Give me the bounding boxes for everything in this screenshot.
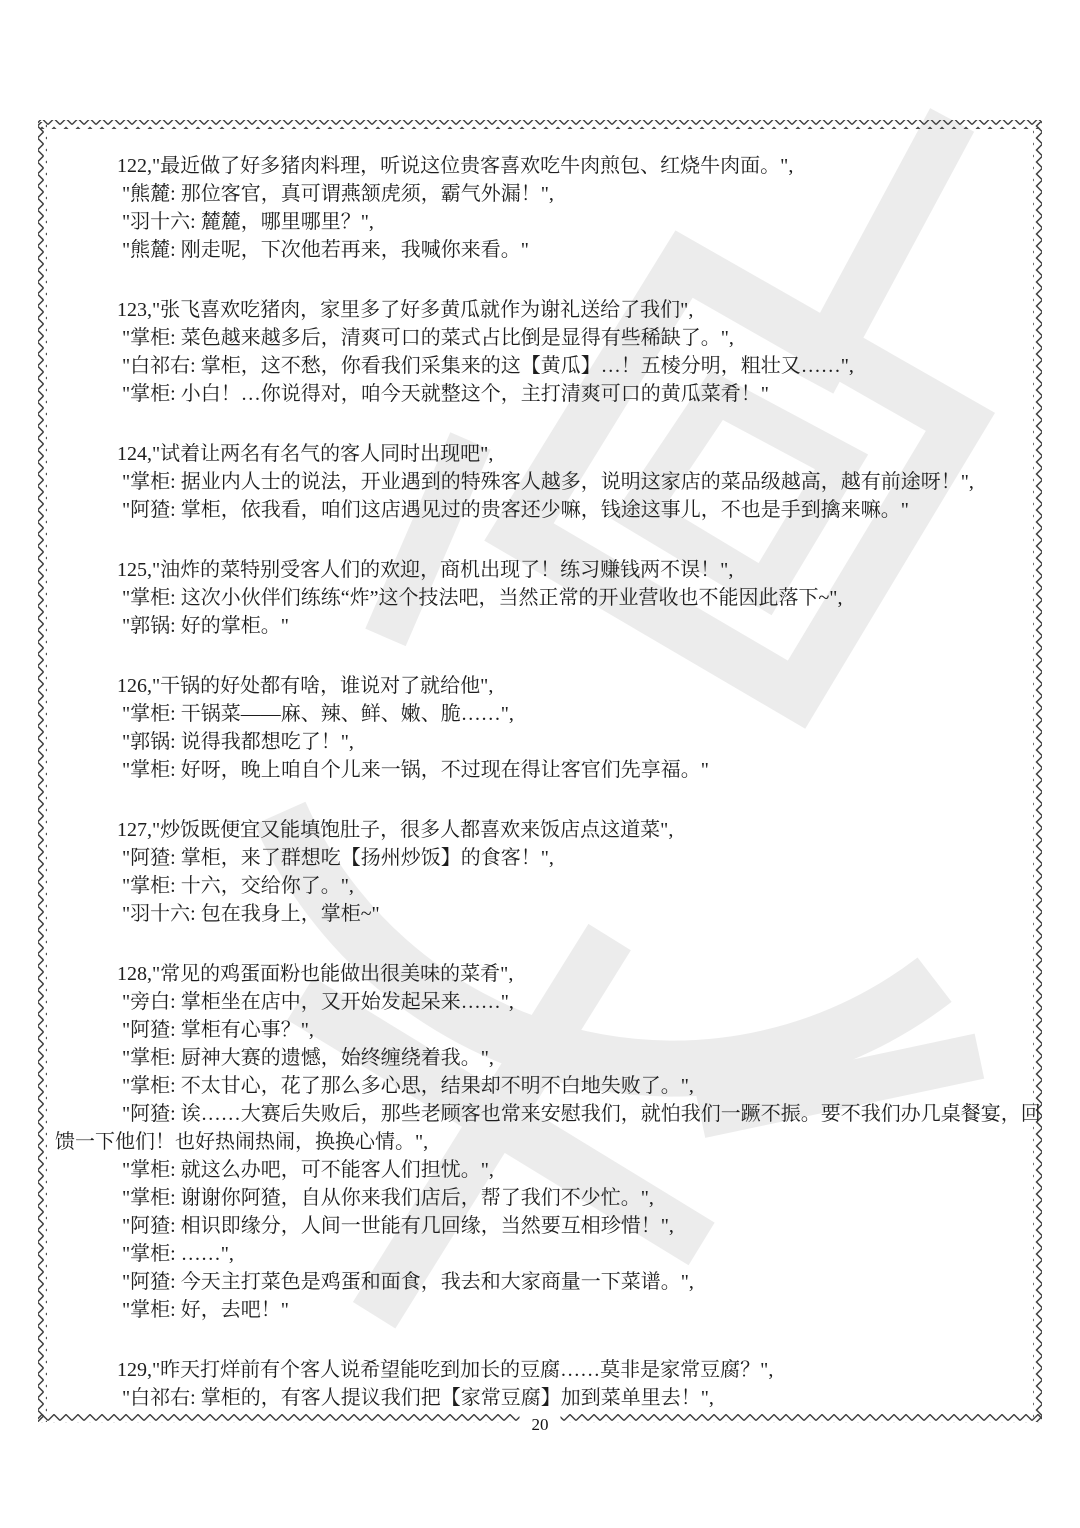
script-line: "阿猹: 掌柜有心事？", bbox=[55, 1016, 1045, 1044]
script-line: "掌柜: 好呀，晚上咱自个儿来一锅，不过现在得让客官们先享福。" bbox=[55, 756, 1045, 784]
script-line: "阿猹: 诶……大赛后失败后，那些老顾客也常来安慰我们，就怕我们一蹶不振。要不我… bbox=[55, 1100, 1045, 1156]
page-number: 20 bbox=[520, 1412, 561, 1438]
script-line: "掌柜: 干锅菜——麻、辣、鲜、嫩、脆……", bbox=[55, 700, 1045, 728]
script-line: "掌柜: 据业内人士的说法，开业遇到的特殊客人越多，说明这家店的菜品级越高，越有… bbox=[55, 468, 1045, 496]
script-line: "郭锅: 说得我都想吃了！", bbox=[55, 728, 1045, 756]
script-line: "阿猹: 相识即缘分，人间一世能有几回缘，当然要互相珍惜！", bbox=[55, 1212, 1045, 1240]
script-line: "白祁右: 掌柜的，有客人提议我们把【家常豆腐】加到菜单里去！", bbox=[55, 1384, 1045, 1412]
script-line: 123,"张飞喜欢吃猪肉，家里多了好多黄瓜就作为谢礼送给了我们", bbox=[55, 296, 1045, 324]
script-line: 127,"炒饭既便宜又能填饱肚子，很多人都喜欢来饭店点这道菜", bbox=[55, 816, 1045, 844]
script-line: "掌柜: 不太甘心，花了那么多心思，结果却不明不白地失败了。", bbox=[55, 1072, 1045, 1100]
script-line: 125,"油炸的菜特别受客人们的欢迎，商机出现了！练习赚钱两不误！", bbox=[55, 556, 1045, 584]
dialogue-block-125: 125,"油炸的菜特别受客人们的欢迎，商机出现了！练习赚钱两不误！", "掌柜:… bbox=[55, 556, 1045, 640]
dialogue-block-128: 128,"常见的鸡蛋面粉也能做出很美味的菜肴", "旁白: 掌柜坐在店中，又开始… bbox=[55, 960, 1045, 1324]
script-line: "阿猹: 掌柜，来了群想吃【扬州炒饭】的食客！", bbox=[55, 844, 1045, 872]
dialogue-block-123: 123,"张飞喜欢吃猪肉，家里多了好多黄瓜就作为谢礼送给了我们", "掌柜: 菜… bbox=[55, 296, 1045, 408]
script-line: "掌柜: 这次小伙伴们练练“炸”这个技法吧，当然正常的开业营收也不能因此落下~"… bbox=[55, 584, 1045, 612]
dialogue-block-129: 129,"昨天打烊前有个客人说希望能吃到加长的豆腐……莫非是家常豆腐？", "白… bbox=[55, 1356, 1045, 1412]
script-line: "羽十六: 麓麓，哪里哪里？", bbox=[55, 208, 1045, 236]
script-line: "掌柜: 就这么办吧，可不能客人们担忧。", bbox=[55, 1156, 1045, 1184]
script-line: "白祁右: 掌柜，这不愁，你看我们采集来的这【黄瓜】…！五棱分明，粗壮又……", bbox=[55, 352, 1045, 380]
dialogue-block-124: 124,"试着让两名有名气的客人同时出现吧", "掌柜: 据业内人士的说法，开业… bbox=[55, 440, 1045, 524]
dialogue-block-126: 126,"干锅的好处都有啥，谁说对了就给他", "掌柜: 干锅菜——麻、辣、鲜、… bbox=[55, 672, 1045, 784]
script-line: "掌柜: 厨神大赛的遗憾，始终缠绕着我。", bbox=[55, 1044, 1045, 1072]
script-line: "阿猹: 掌柜，依我看，咱们这店遇见过的贵客还少嘛，钱途这事儿，不也是手到擒来嘛… bbox=[55, 496, 1045, 524]
script-line: "掌柜: 谢谢你阿猹，自从你来我们店后，帮了我们不少忙。", bbox=[55, 1184, 1045, 1212]
script-line: 124,"试着让两名有名气的客人同时出现吧", bbox=[55, 440, 1045, 468]
script-content: 122,"最近做了好多猪肉料理，听说这位贵客喜欢吃牛肉煎包、红烧牛肉面。", "… bbox=[55, 152, 1045, 1444]
script-line: "掌柜: ……", bbox=[55, 1240, 1045, 1268]
script-line: "掌柜: 十六，交给你了。", bbox=[55, 872, 1045, 900]
dialogue-block-127: 127,"炒饭既便宜又能填饱肚子，很多人都喜欢来饭店点这道菜", "阿猹: 掌柜… bbox=[55, 816, 1045, 928]
script-line: 126,"干锅的好处都有啥，谁说对了就给他", bbox=[55, 672, 1045, 700]
script-line: "掌柜: 小白！…你说得对，咱今天就整这个，主打清爽可口的黄瓜菜肴！" bbox=[55, 380, 1045, 408]
script-line: "羽十六: 包在我身上，掌柜~" bbox=[55, 900, 1045, 928]
document-page: 122,"最近做了好多猪肉料理，听说这位贵客喜欢吃牛肉煎包、红烧牛肉面。", "… bbox=[0, 0, 1080, 1528]
script-line: "熊麓: 刚走呢，下次他若再来，我喊你来看。" bbox=[55, 236, 1045, 264]
script-line: 129,"昨天打烊前有个客人说希望能吃到加长的豆腐……莫非是家常豆腐？", bbox=[55, 1356, 1045, 1384]
script-line: 128,"常见的鸡蛋面粉也能做出很美味的菜肴", bbox=[55, 960, 1045, 988]
script-line: "熊麓: 那位客官，真可谓燕颔虎须，霸气外漏！", bbox=[55, 180, 1045, 208]
script-line: "掌柜: 菜色越来越多后，清爽可口的菜式占比倒是显得有些稀缺了。", bbox=[55, 324, 1045, 352]
script-line: "郭锅: 好的掌柜。" bbox=[55, 612, 1045, 640]
script-line: "旁白: 掌柜坐在店中，又开始发起呆来……", bbox=[55, 988, 1045, 1016]
script-line: 122,"最近做了好多猪肉料理，听说这位贵客喜欢吃牛肉煎包、红烧牛肉面。", bbox=[55, 152, 1045, 180]
script-line: "阿猹: 今天主打菜色是鸡蛋和面食，我去和大家商量一下菜谱。", bbox=[55, 1268, 1045, 1296]
dialogue-block-122: 122,"最近做了好多猪肉料理，听说这位贵客喜欢吃牛肉煎包、红烧牛肉面。", "… bbox=[55, 152, 1045, 264]
script-line: "掌柜: 好，去吧！" bbox=[55, 1296, 1045, 1324]
